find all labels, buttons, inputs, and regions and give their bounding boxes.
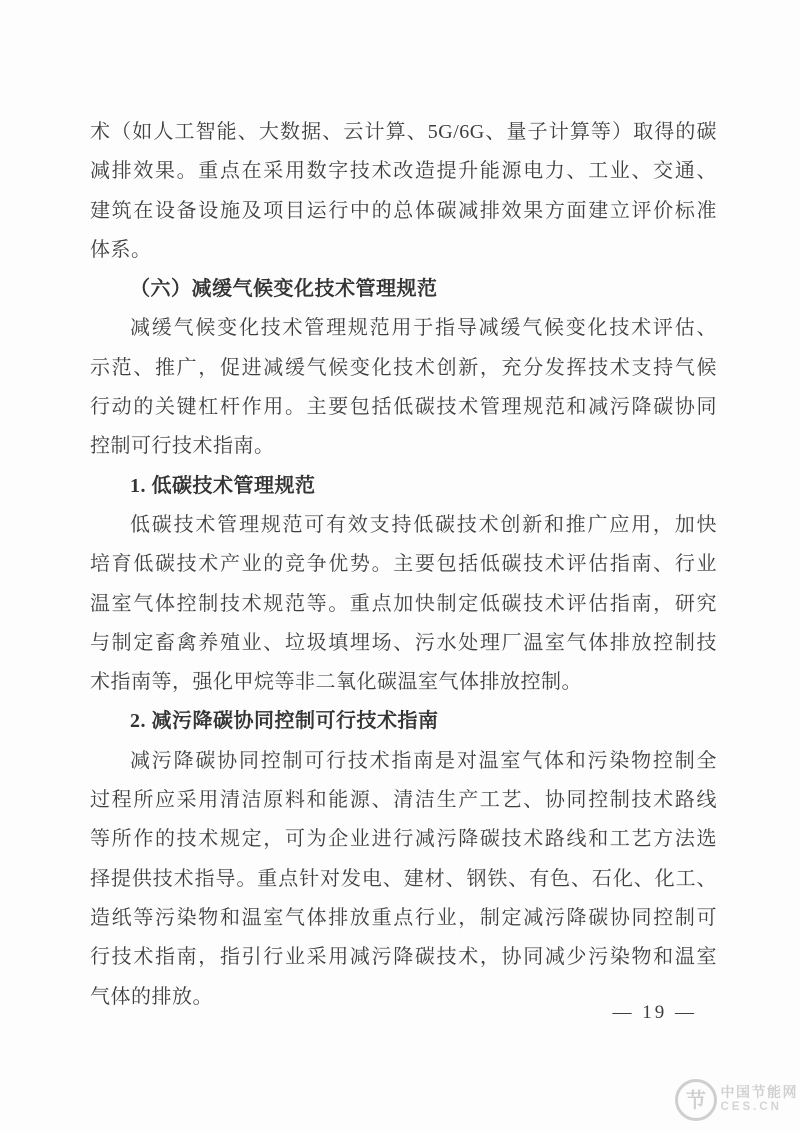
text-line: 控制可行技术指南。 <box>90 427 717 466</box>
text-line: 与制定畜禽养殖业、垃圾填埋场、污水处理厂温室气体排放控制技 <box>90 624 717 663</box>
ces-logo-glyph: 节 <box>686 1089 706 1112</box>
ces-logo-icon: 节 <box>674 1078 718 1122</box>
document-body: 术（如人工智能、大数据、云计算、5G/6G、量子计算等）取得的碳减排效果。重点在… <box>90 113 717 1017</box>
watermark: 节 中国节能网 CES.CN <box>674 1078 799 1122</box>
text-line: 等所作的技术规定，可为企业进行减污降碳技术路线和工艺方法选 <box>90 820 717 859</box>
text-line: 术指南等，强化甲烷等非二氧化碳温室气体排放控制。 <box>90 663 717 702</box>
text-line: 减污降碳协同控制可行技术指南是对温室气体和污染物控制全 <box>90 742 717 781</box>
text-line: 减排效果。重点在采用数字技术改造提升能源电力、工业、交通、 <box>90 152 717 191</box>
text-line: 减缓气候变化技术管理规范用于指导减缓气候变化技术评估、 <box>90 309 717 348</box>
scanned-document-page: 术（如人工智能、大数据、云计算、5G/6G、量子计算等）取得的碳减排效果。重点在… <box>0 0 800 1132</box>
watermark-text: 中国节能网 CES.CN <box>721 1086 799 1114</box>
text-line: 体系。 <box>90 231 717 270</box>
text-line: 2. 减污降碳协同控制可行技术指南 <box>90 702 717 741</box>
watermark-site-domain: CES.CN <box>721 1101 799 1114</box>
text-line: 造纸等污染物和温室气体排放重点行业，制定减污降碳协同控制可 <box>90 899 717 938</box>
text-line: 培育低碳技术产业的竞争优势。主要包括低碳技术评估指南、行业 <box>90 545 717 584</box>
text-line: 过程所应采用清洁原料和能源、清洁生产工艺、协同控制技术路线 <box>90 781 717 820</box>
text-line: 术（如人工智能、大数据、云计算、5G/6G、量子计算等）取得的碳 <box>90 113 717 152</box>
text-line: 行动的关键杠杆作用。主要包括低碳技术管理规范和减污降碳协同 <box>90 388 717 427</box>
text-line: 低碳技术管理规范可有效支持低碳技术创新和推广应用，加快 <box>90 506 717 545</box>
text-line: 行技术指南，指引行业采用减污降碳技术，协同减少污染物和温室 <box>90 938 717 977</box>
page-number: — 19 — <box>90 1002 717 1024</box>
text-line: （六）减缓气候变化技术管理规范 <box>90 270 717 309</box>
watermark-site-name: 中国节能网 <box>721 1086 799 1101</box>
text-line: 1. 低碳技术管理规范 <box>90 467 717 506</box>
text-line: 示范、推广，促进减缓气候变化技术创新，充分发挥技术支持气候 <box>90 349 717 388</box>
text-line: 建筑在设备设施及项目运行中的总体碳减排效果方面建立评价标准 <box>90 192 717 231</box>
text-line: 择提供技术指导。重点针对发电、建材、钢铁、有色、石化、化工、 <box>90 860 717 899</box>
text-line: 温室气体控制技术规范等。重点加快制定低碳技术评估指南，研究 <box>90 585 717 624</box>
